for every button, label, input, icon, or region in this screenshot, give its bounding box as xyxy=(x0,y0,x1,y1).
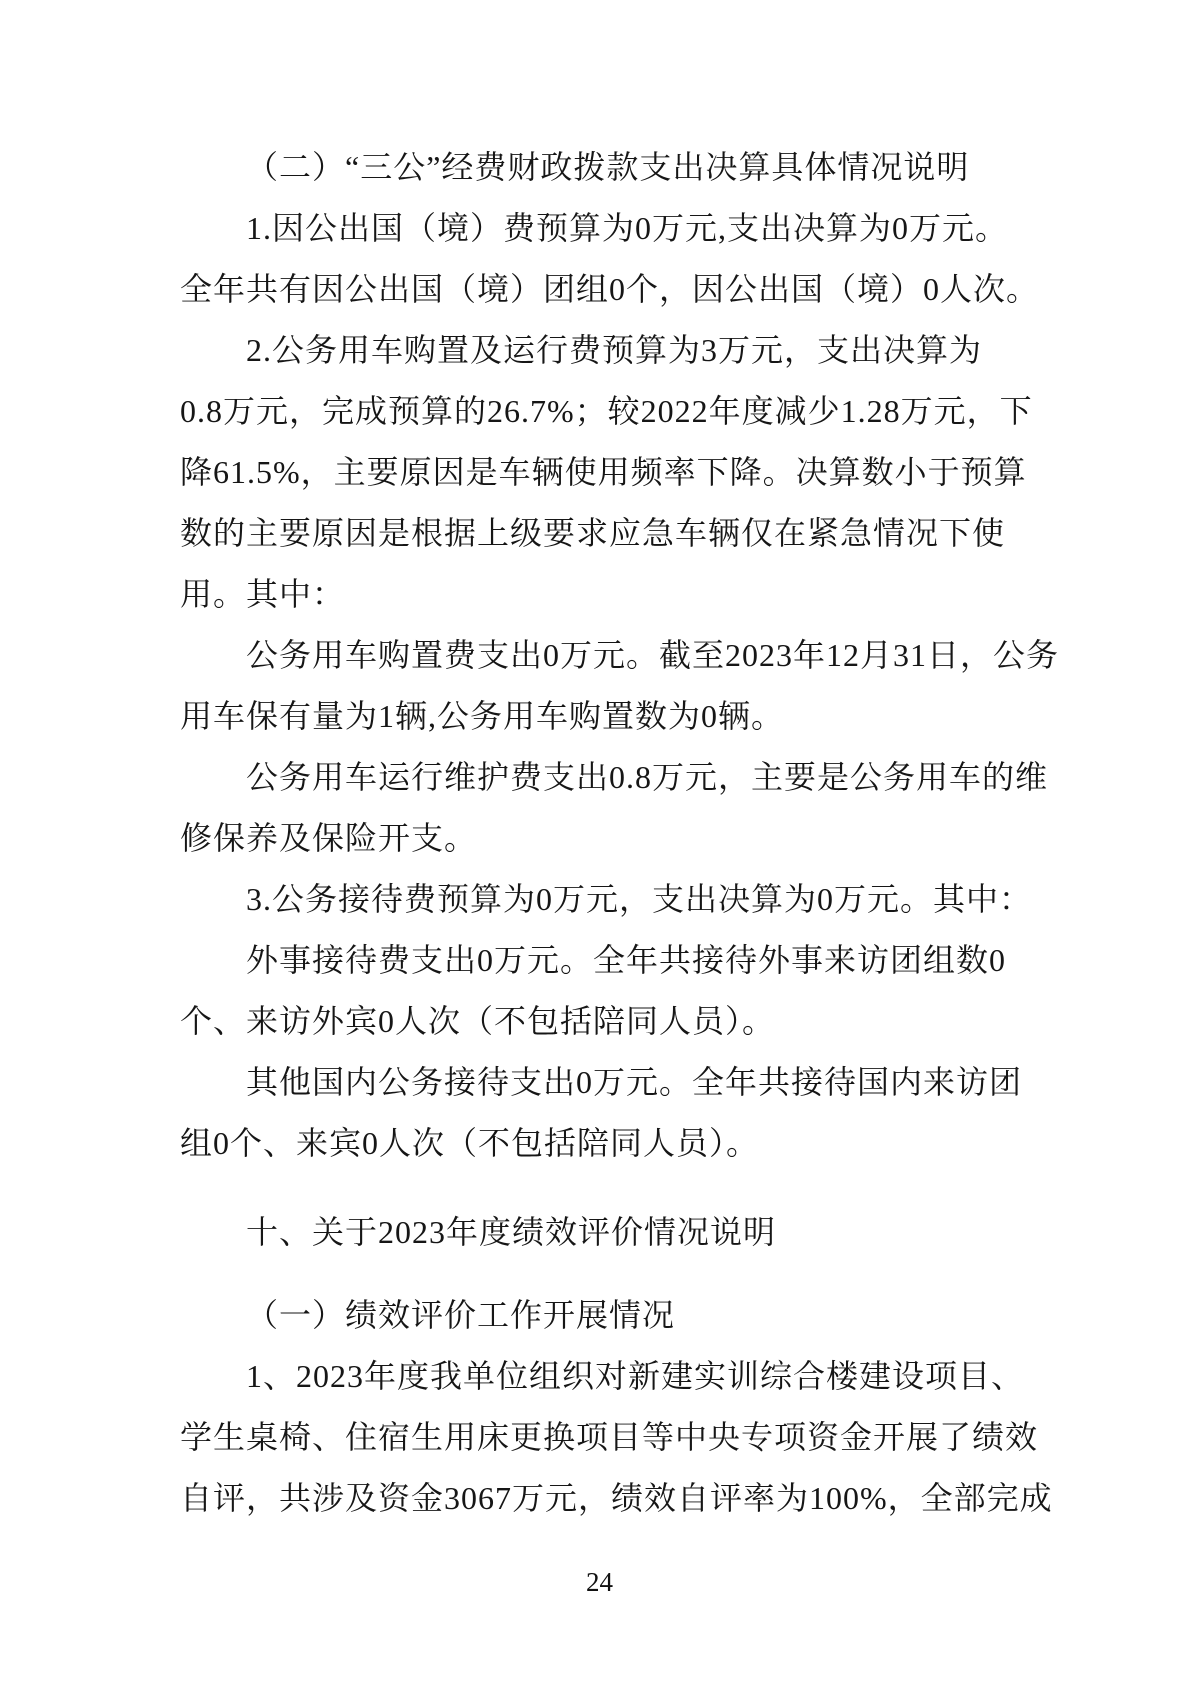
text-line: 数的主要原因是根据上级要求应急车辆仅在紧急情况下使 xyxy=(180,503,1055,564)
text-line: 1、2023年度我单位组织对新建实训综合楼建设项目、 xyxy=(180,1346,1055,1407)
text-line: 其他国内公务接待支出0万元。全年共接待国内来访团 xyxy=(180,1052,1055,1113)
text-line: 用。其中： xyxy=(180,564,1055,625)
text-line: 自评，共涉及资金3067万元，绩效自评率为100%，全部完成 xyxy=(180,1468,1055,1529)
page-number: 24 xyxy=(0,1566,1199,1598)
text-line: （一）绩效评价工作开展情况 xyxy=(180,1285,1055,1346)
text-line: 组0个、来宾0人次（不包括陪同人员）。 xyxy=(180,1113,1055,1174)
text-line: 2.公务用车购置及运行费预算为3万元，支出决算为 xyxy=(180,320,1055,381)
text-line: 学生桌椅、住宿生用床更换项目等中央专项资金开展了绩效 xyxy=(180,1407,1055,1468)
text-line: 3.公务接待费预算为0万元，支出决算为0万元。其中： xyxy=(180,869,1055,930)
document-body: （二）“三公”经费财政拨款支出决算具体情况说明1.因公出国（境）费预算为0万元,… xyxy=(180,137,1055,1529)
document-page: （二）“三公”经费财政拨款支出决算具体情况说明1.因公出国（境）费预算为0万元,… xyxy=(0,0,1199,1696)
text-line: 1.因公出国（境）费预算为0万元,支出决算为0万元。 xyxy=(180,198,1055,259)
text-line: 个、来访外宾0人次（不包括陪同人员）。 xyxy=(180,991,1055,1052)
text-line: 修保养及保险开支。 xyxy=(180,808,1055,869)
text-line: 全年共有因公出国（境）团组0个，因公出国（境）0人次。 xyxy=(180,259,1055,320)
text-line: 0.8万元，完成预算的26.7%；较2022年度减少1.28万元，下 xyxy=(180,381,1055,442)
text-line: 公务用车购置费支出0万元。截至2023年12月31日，公务 xyxy=(180,625,1055,686)
text-line: （二）“三公”经费财政拨款支出决算具体情况说明 xyxy=(180,137,1055,198)
text-line: 外事接待费支出0万元。全年共接待外事来访团组数0 xyxy=(180,930,1055,991)
text-line: 公务用车运行维护费支出0.8万元，主要是公务用车的维 xyxy=(180,747,1055,808)
text-line: 降61.5%，主要原因是车辆使用频率下降。决算数小于预算 xyxy=(180,442,1055,503)
text-line: 用车保有量为1辆,公务用车购置数为0辆。 xyxy=(180,686,1055,747)
text-line: 十、关于2023年度绩效评价情况说明 xyxy=(180,1202,1055,1263)
